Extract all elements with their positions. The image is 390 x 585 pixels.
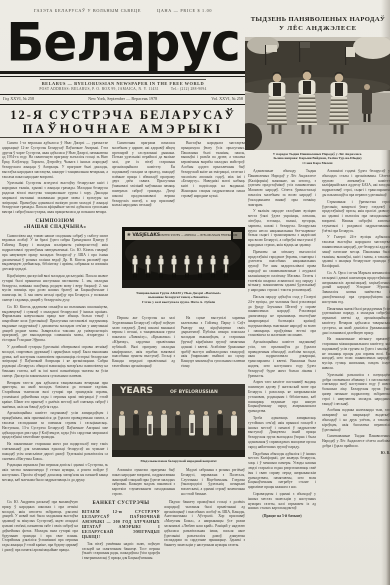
body-paragraph: У вялікім парадзе галоўнаю вуліцаю места… <box>248 209 316 247</box>
body-paragraph: Сп. Ю. Кіпель дадаткова спыніўся на пыта… <box>2 305 108 343</box>
masthead-phone: Tel.: (212) 288-9094 <box>171 87 207 91</box>
body-paragraph: Падобныя абыходы адбыліся і ў іншых мест… <box>248 452 316 490</box>
years-banner-word: YEARS <box>120 386 153 396</box>
body-paragraph: Арганізацыйны камітэт падзякаваў усім ах… <box>2 411 108 440</box>
body-paragraph: Вечарам таго-ж дня адбылася танцавальная… <box>2 381 108 410</box>
banquet-subhead: БАНКЕТ СУСТРЭЧЫ <box>82 501 160 507</box>
body-paragraph: Апошнім пунктам праграмы быў паказ народ… <box>112 468 175 496</box>
fashion-photo-caption: Мадэльны паказ беларускай народнай вопра… <box>112 459 245 463</box>
body-paragraph: Сп. Ю. Андрэюк расказаў пра выхаваўчую п… <box>2 500 78 553</box>
dateline-rule-bottom <box>0 104 246 105</box>
stage-banner-name: ❀ VASJELAKS <box>127 233 160 238</box>
masthead-rule-thin <box>0 76 246 77</box>
main-headline-line2: ПАЎНОЧНАЕ АМЭРЫКІ <box>0 122 246 137</box>
banquet-greeting: ВІТАЕМ 12-ю СУСТРЭЧУ БЕЛАРУСАЎ ПАЎНОЧНАЙ… <box>82 510 160 540</box>
body-paragraph: Пасьля параду адбыўся сход у Галерэі 24-… <box>248 295 316 338</box>
mid-column-e: Апошнім пунктам праграмы быў паказ народ… <box>112 468 175 496</box>
body-paragraph: Сымпозіюм над тэмаю нашае спадчыны сабра… <box>2 234 108 272</box>
body-paragraph: Першы акт Сустрэчы на залі Згуртаваньня … <box>112 316 175 369</box>
mid-column-d: На сцэне выступілі харавыя калектывы з Г… <box>181 316 245 382</box>
body-paragraph: Адзначэньне абыходу Тыдня Паняволеных На… <box>248 169 316 207</box>
mid-column-a: Сьвяточная праграма пачалася малебнам у … <box>112 141 175 225</box>
headline-rule <box>0 137 246 138</box>
masthead-subtitle: BELARUS — BYELORUSSIAN NEWSPAPER IN THE … <box>0 81 246 86</box>
dateline-rule-top <box>0 94 246 95</box>
newspaper-page: ГАЗЭТА БЕЛАРУСАЎ У ВОЛЬНЫМ СЬВЕЦЕ ЦАНА —… <box>0 0 390 585</box>
body-paragraph: Сп. А. Орса і сп-ня Марыля апекаваліся г… <box>322 271 390 305</box>
mid-column-b: Выстаўка народнага мастацтва прыцягнула … <box>181 141 245 225</box>
dateline-volume-be: Год XXVI, № 258 <box>3 96 34 101</box>
dateline-volume-en: Vol. XXVI, № 258 <box>211 96 243 101</box>
right-headline-line2: У ЛЁС АНДЖЭЛЕСЕ <box>246 25 390 32</box>
subhead-line2: «НАШАЯ СПАДЧЫНА» <box>2 225 108 231</box>
bottom-column-3: Падчас банкету прамаўлялі госьці з далёк… <box>164 500 245 583</box>
body-paragraph: Стрыманыя і ўрачыстыя строі ўдзельніц зь… <box>322 200 390 234</box>
byelorussian-banner-word: OF BYELORUSSIAN <box>170 390 218 395</box>
mid-column-c: Першы акт Сустрэчы на залі Згуртаваньня … <box>112 316 175 382</box>
left-column: Сьвята 1-га верасьня адбылося ў Нью Джэр… <box>2 141 108 497</box>
body-paragraph: Удзельнікі Сустрэчы агледзелі выстаўку б… <box>2 181 108 215</box>
author-initials: Ю. В. <box>322 451 390 456</box>
caption-line: і Соня Кара Мелеш <box>245 161 390 165</box>
body-paragraph: Так вітаў умаёваны надпіс залю, поўную г… <box>82 542 160 561</box>
caption-line: Гэтак у залі выступала група. Фота А. Лу… <box>112 300 245 304</box>
body-paragraph: Рэдакцыя атрымала ўжо першыя допісы і зд… <box>2 463 108 482</box>
dateline: Год XXVI, № 258 New York, September — Ве… <box>0 96 246 101</box>
body-paragraph: У далейшай гутарцы ўдзельнікі абмеркавал… <box>2 345 108 379</box>
body-paragraph: Удзельнікі разышліся з пачуцьцём добра с… <box>322 373 390 407</box>
mid-column-f: Мадэлі сабраныя з розных рэгіёнаў Белару… <box>181 468 245 496</box>
caption-line: Мадэльны паказ беларускай народнай вопра… <box>112 459 245 463</box>
body-paragraph: Прамовы на мітынгу выгалосілі прадстаўні… <box>248 250 316 293</box>
masthead-rule-short <box>40 79 206 80</box>
body-paragraph: Апроч таго камітэт пастанавіў выдаць пам… <box>248 380 316 414</box>
body-paragraph: Асобная падзяка належыцца тым, хто ахвяр… <box>322 408 390 432</box>
bottom-column-2: БАНКЕТ СУСТРЭЧЫ ВІТАЕМ 12-ю СУСТРЭЧУ БЕЛ… <box>82 500 160 583</box>
dance-group-photo: ❀ VASJELAKS UNITED STATES — AMERICA — BY… <box>122 227 245 288</box>
body-paragraph: Выстаўка народнага мастацтва прыцягнула … <box>181 141 245 199</box>
body-paragraph: На заканчэньне мітынгу прамовіў старшыня… <box>322 337 390 371</box>
body-paragraph: У Галерэі 24-е вуліцы адбылася таксама в… <box>322 235 390 269</box>
section-subhead-symposium: СЫМПОЗІЮМ «НАШАЯ СПАДЧЫНА» <box>2 219 108 231</box>
fashion-show-photo: YEARS OF BYELORUSSIAN <box>112 384 245 457</box>
right-headline-line1: ТЫДЗЕНЬ ПАНЯВОЛЕНЫХ НАРОДАЎ <box>246 16 390 23</box>
parade-photo-caption: У парадзе Тыдня Паняволеных Народаў у Лё… <box>245 152 390 165</box>
masthead-address-row: POST ADDRESS: BELARUS, P. O. BOX 99, JAM… <box>0 87 246 91</box>
body-paragraph: На заканчэньне старшыня яшчэ раз падкрэс… <box>2 442 108 461</box>
continuation-note: (Працяг на 5-й бачыне) <box>248 514 316 519</box>
parade-scene <box>245 37 390 150</box>
body-paragraph: Падчас банкету прамаўлялі госьці з далёк… <box>164 500 245 548</box>
bottom-column-1: Сп. Ю. Андрэюк расказаў пра выхаваўчую п… <box>2 500 78 583</box>
body-paragraph: Сьвята 1-га верасьня адбылося ў Нью Джэр… <box>2 141 108 179</box>
masthead-address: POST ADDRESS: BELARUS, P. O. BOX 99, JAM… <box>39 87 158 91</box>
body-paragraph: Сьвяткаваньне Тыдня Паняволеных Народаў … <box>322 434 390 448</box>
body-paragraph: Памятныя значкі былі раздадзеныя ўсім уд… <box>322 307 390 336</box>
right-column-1: Адзначэньне абыходу Тыдня Паняволеных На… <box>248 169 316 559</box>
dateline-date: New York, September — Верасень 1978 <box>88 96 157 101</box>
body-paragraph: Сьвяточная праграма пачалася малебнам у … <box>112 141 175 208</box>
body-paragraph: Мадэлі сабраныя з розных рэгіёнаў Белару… <box>181 468 245 496</box>
newspaper-title: Беларус <box>0 13 246 72</box>
dance-photo-caption: Танцавальная Група АБАМ у Нью Джэрзі «Ва… <box>112 291 245 304</box>
parade-photo <box>245 37 390 150</box>
right-column-2: Апошнімі гадамі ўдзел беларусаў у абыход… <box>322 169 390 559</box>
body-paragraph: На сцэне выступілі харавыя калектывы з Г… <box>181 316 245 369</box>
main-headline-line1: 12-Я СУСТРЭЧА БЕЛАРУСАЎ <box>0 108 246 123</box>
body-paragraph: Справаздачы і здымкі з абыходаў у іншых … <box>248 492 316 511</box>
stage-banner-text: UNITED STATES — AMERICA — BYELORUSSIAN F… <box>160 234 237 237</box>
masthead-rule-thick <box>0 71 246 74</box>
body-paragraph: Апошнімі гадамі ўдзел беларусаў у абыход… <box>322 169 390 198</box>
body-paragraph: Кіраўніцтва дыскусіяй вялі маладыя дасьл… <box>2 274 108 303</box>
body-paragraph: Арганізацыйны камітэт падзякаваў усім, х… <box>248 340 316 378</box>
body-paragraph: Трэба адзначыць ахвярнасьць тутэйшых сем… <box>248 416 316 450</box>
